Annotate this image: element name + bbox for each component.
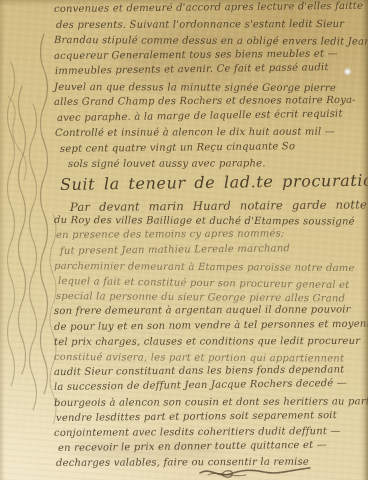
page-edge-left (0, 0, 5, 480)
text-line: du Roy des villes Bailliage et duché d'E… (54, 215, 355, 228)
text-line: lequel a fait et constitué pour son proc… (58, 276, 350, 291)
text-line: tel prix charges, clauses et conditions … (54, 336, 360, 348)
main-text-block-2: Par devant marin Huard notaire garde not… (0, 0, 368, 480)
page-edge-top (0, 0, 368, 6)
text-line: fut present Jean mathieu Lereale marchan… (60, 243, 290, 257)
text-line: conjointement avec lesdits coheritiers d… (54, 426, 341, 439)
text-line: en recevoir le prix en donner toutte qui… (58, 440, 327, 454)
text-line: de pour luy et en son nom vendre à tel p… (54, 318, 368, 333)
text-line: vendre lesdittes part et portions soit s… (56, 410, 337, 424)
manuscript-page: convenues et demeuré d'accord apres lect… (0, 0, 368, 480)
punch-hole (344, 68, 351, 75)
text-line: bourgeois à alencon son cousin et dont s… (54, 396, 368, 409)
text-line: special la personne du sieur George pier… (56, 291, 345, 305)
text-line: en presence des temoins cy apres nommés; (56, 229, 285, 242)
text-line: son frere demeurant à argentan auquel il… (54, 305, 351, 318)
text-line: la succession de deffunt Jean Jacque Roc… (54, 378, 347, 393)
text-line: audit Sieur constituant dans les biens f… (54, 365, 345, 379)
text-line: Par devant marin Huard notaire garde not… (70, 197, 367, 214)
text-line: parcheminier demeurant à Etampes paroiss… (54, 261, 355, 274)
closing-flourish (196, 464, 316, 480)
text-line: constitué avisera, les part et portion q… (54, 352, 344, 365)
page-edge-right (360, 0, 368, 480)
